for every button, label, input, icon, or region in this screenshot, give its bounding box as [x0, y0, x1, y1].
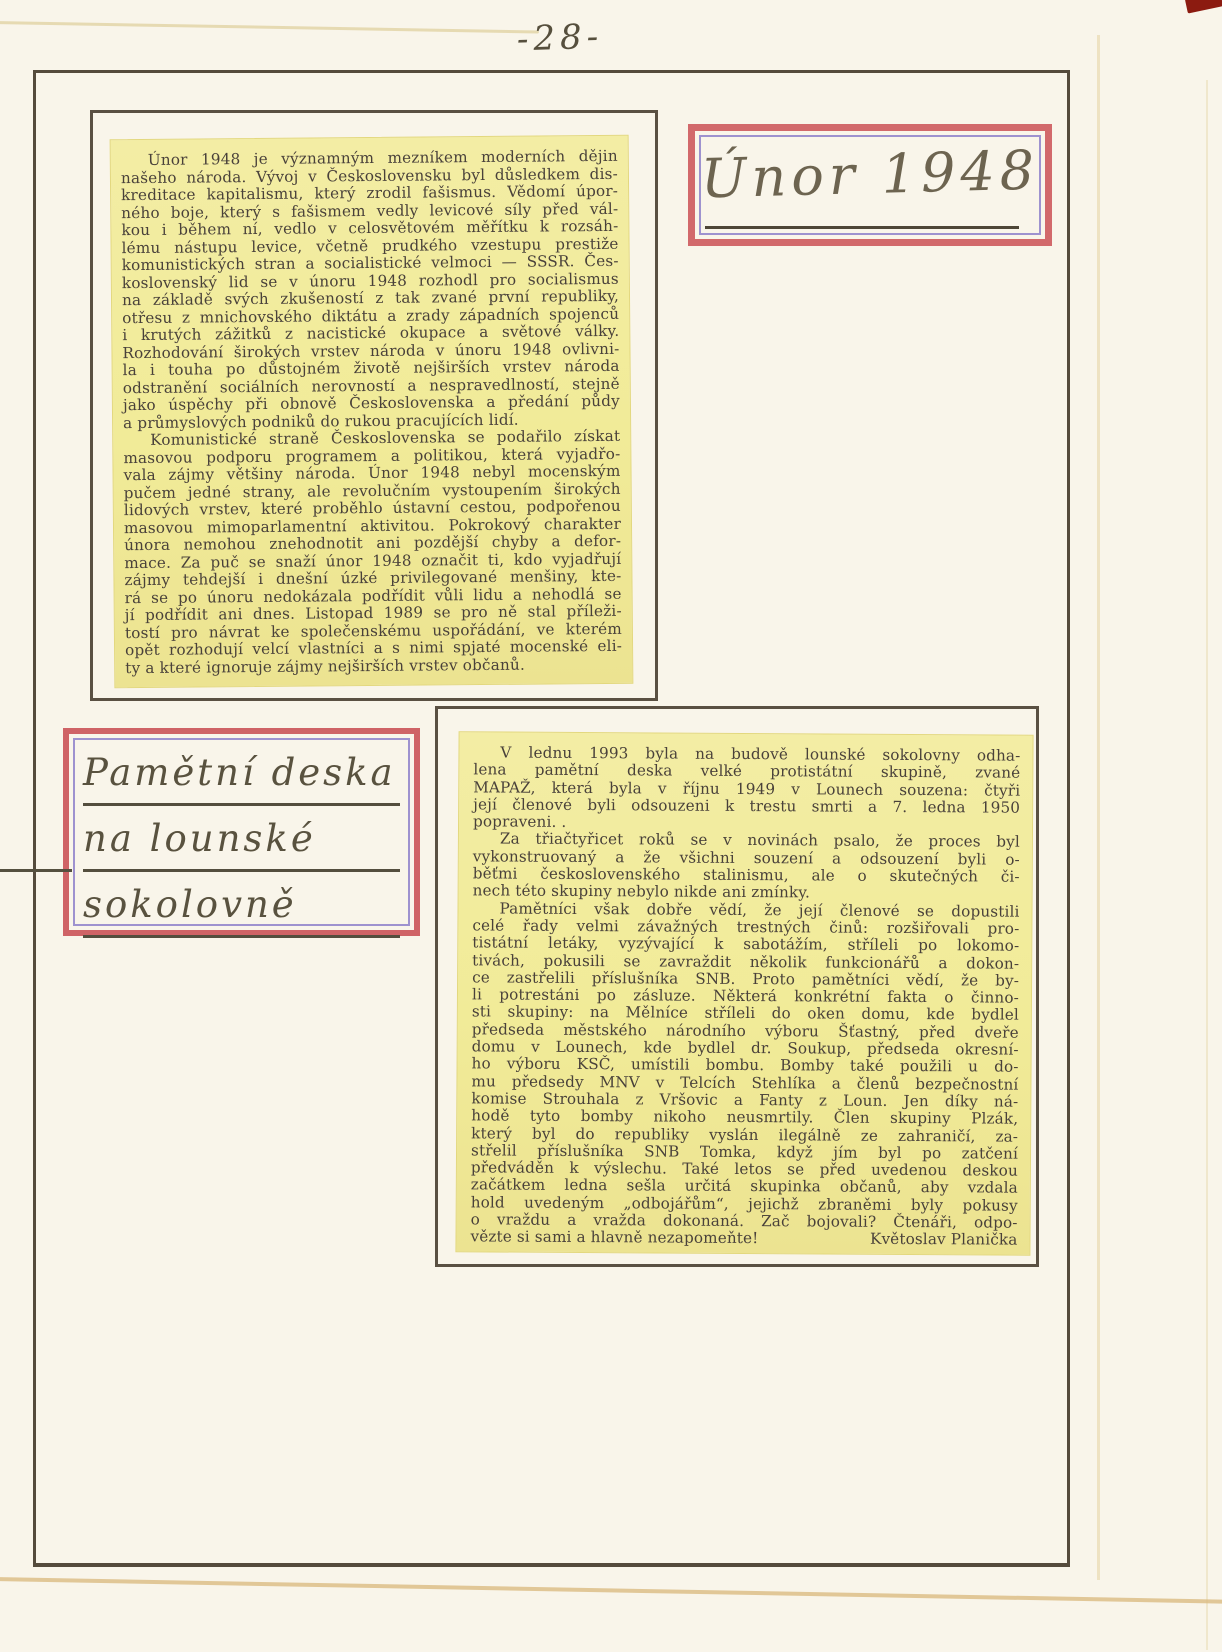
title-pametni-line-2: na lounské	[83, 806, 400, 872]
clipping-1-text: Únor 1948 je významným mezníkem moderníc…	[121, 148, 623, 677]
clipping-1: Únor 1948 je významným mezníkem moderníc…	[110, 135, 634, 689]
title-unor-text: Únor 1948	[694, 138, 1046, 210]
title-unor-underline	[705, 226, 1019, 229]
clipping-2: V lednu 1993 byla na budově lounské soko…	[455, 731, 1033, 1256]
album-corner-mark	[1185, 0, 1222, 14]
title-pametni-line-1: Pamětní deska	[83, 740, 400, 806]
title-box-unor: Únor 1948	[688, 124, 1052, 246]
author-signature: Květoslav Planička	[870, 1231, 1018, 1249]
title-underline-extension	[0, 869, 72, 872]
page-number: -28-	[439, 14, 680, 62]
clipping-line: ty a které ignoruje zájmy nejširších vrs…	[125, 655, 622, 677]
scrapbook-page: { "page": { "number": "-28-" }, "handwri…	[0, 0, 1222, 1652]
title-pametni-text: Pamětní deska na lounské sokolovně	[83, 740, 400, 938]
clipping-line-text: vězte si sami a hlavně nezapomeňte!	[470, 1229, 758, 1248]
title-box-pametni: Pamětní deska na lounské sokolovně	[63, 728, 420, 936]
clipping-2-text: V lednu 1993 byla na budově lounské soko…	[470, 744, 1020, 1249]
title-pametni-line-3: sokolovně	[83, 872, 400, 938]
page-crease-line	[1097, 35, 1100, 1580]
page-bottom-shadow	[0, 1577, 1222, 1608]
page-crease-line-faint	[1206, 80, 1208, 1650]
clipping-line: vězte si sami a hlavně nezapomeňte!Květo…	[470, 1229, 1017, 1250]
